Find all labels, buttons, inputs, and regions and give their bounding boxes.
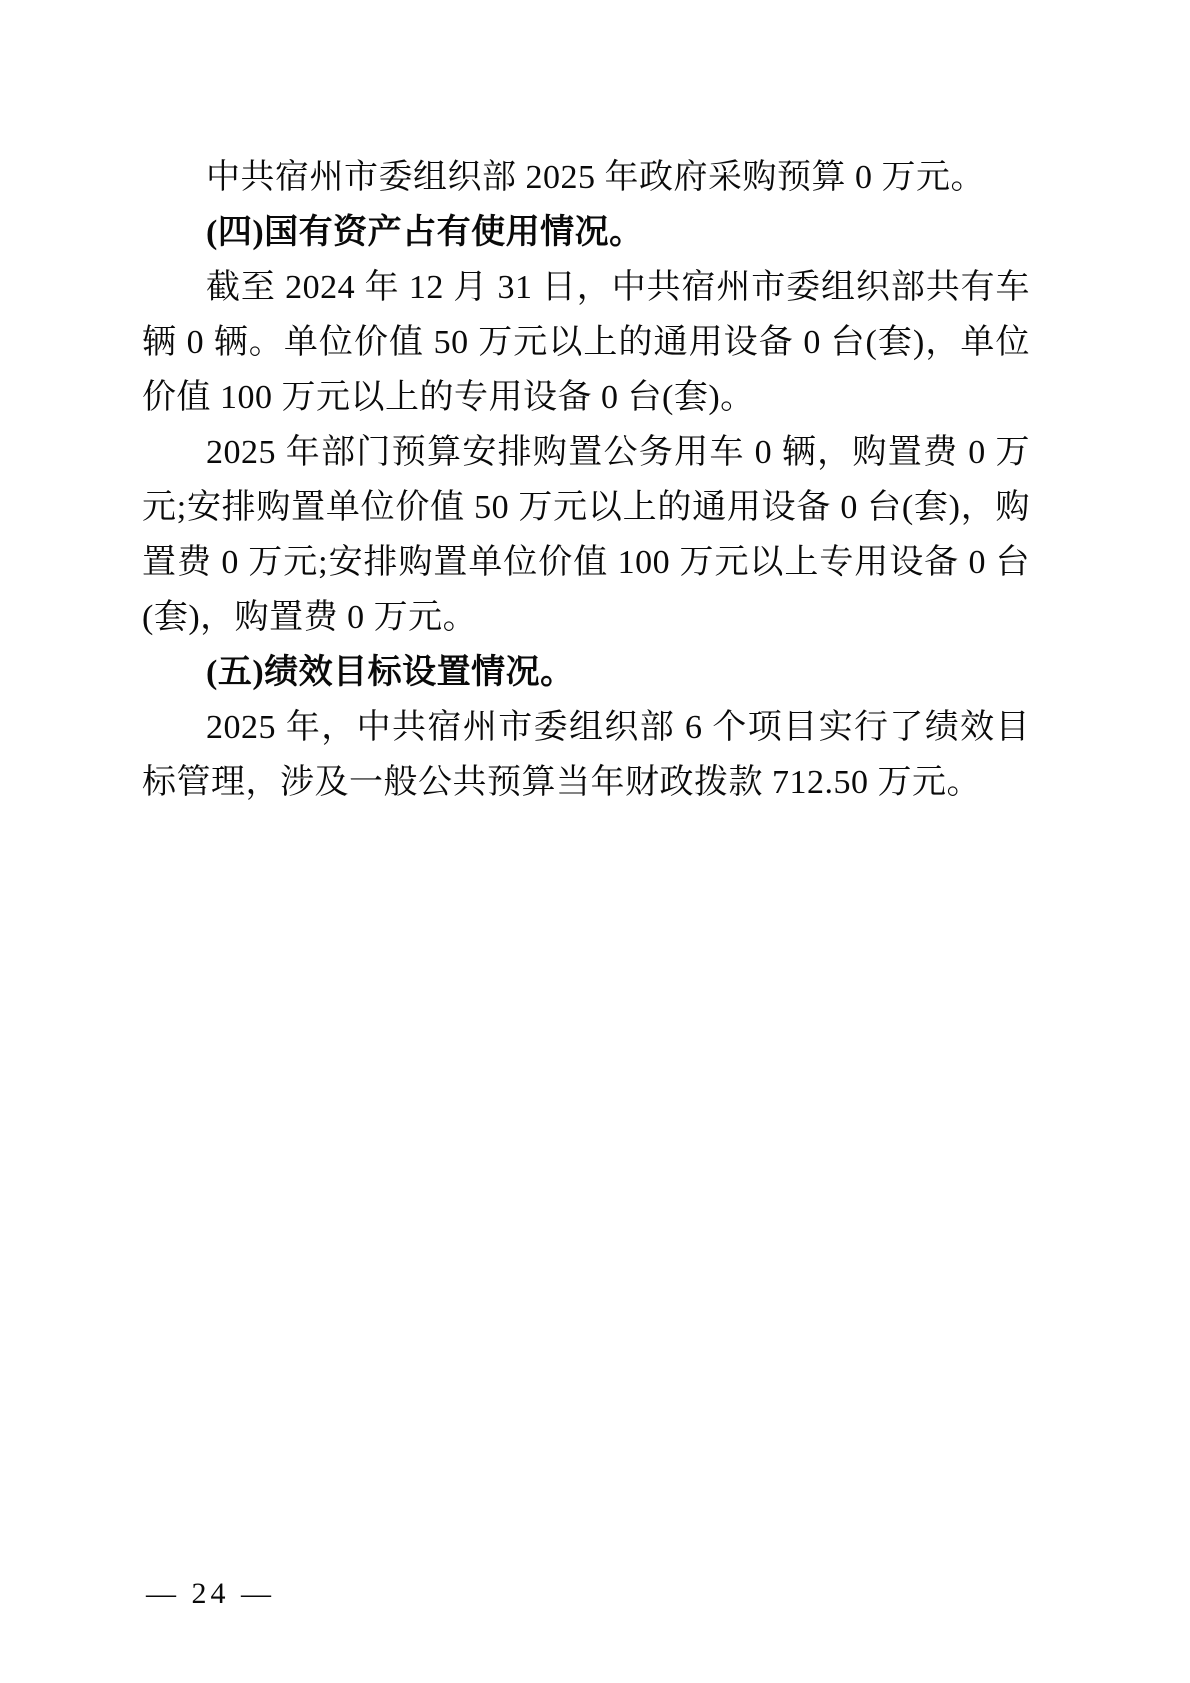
paragraph-asset-holdings: 截至 2024 年 12 月 31 日，中共宿州市委组织部共有车辆 0 辆。单位…	[142, 260, 1030, 425]
paragraph-vehicle-equipment-purchase-plan: 2025 年部门预算安排购置公务用车 0 辆，购置费 0 万元;安排购置单位价值…	[142, 425, 1030, 645]
document-page: 中共宿州市委组织部 2025 年政府采购预算 0 万元。 (四)国有资产占有使用…	[0, 0, 1190, 1683]
heading-section-four-state-assets: (四)国有资产占有使用情况。	[142, 205, 1030, 260]
paragraph-procurement-budget: 中共宿州市委组织部 2025 年政府采购预算 0 万元。	[142, 150, 1030, 205]
page-number: — 24 —	[146, 1576, 275, 1612]
heading-section-five-performance-targets: (五)绩效目标设置情况。	[142, 645, 1030, 700]
document-body: 中共宿州市委组织部 2025 年政府采购预算 0 万元。 (四)国有资产占有使用…	[142, 150, 1030, 810]
paragraph-performance-target-management: 2025 年，中共宿州市委组织部 6 个项目实行了绩效目标管理，涉及一般公共预算…	[142, 700, 1030, 810]
